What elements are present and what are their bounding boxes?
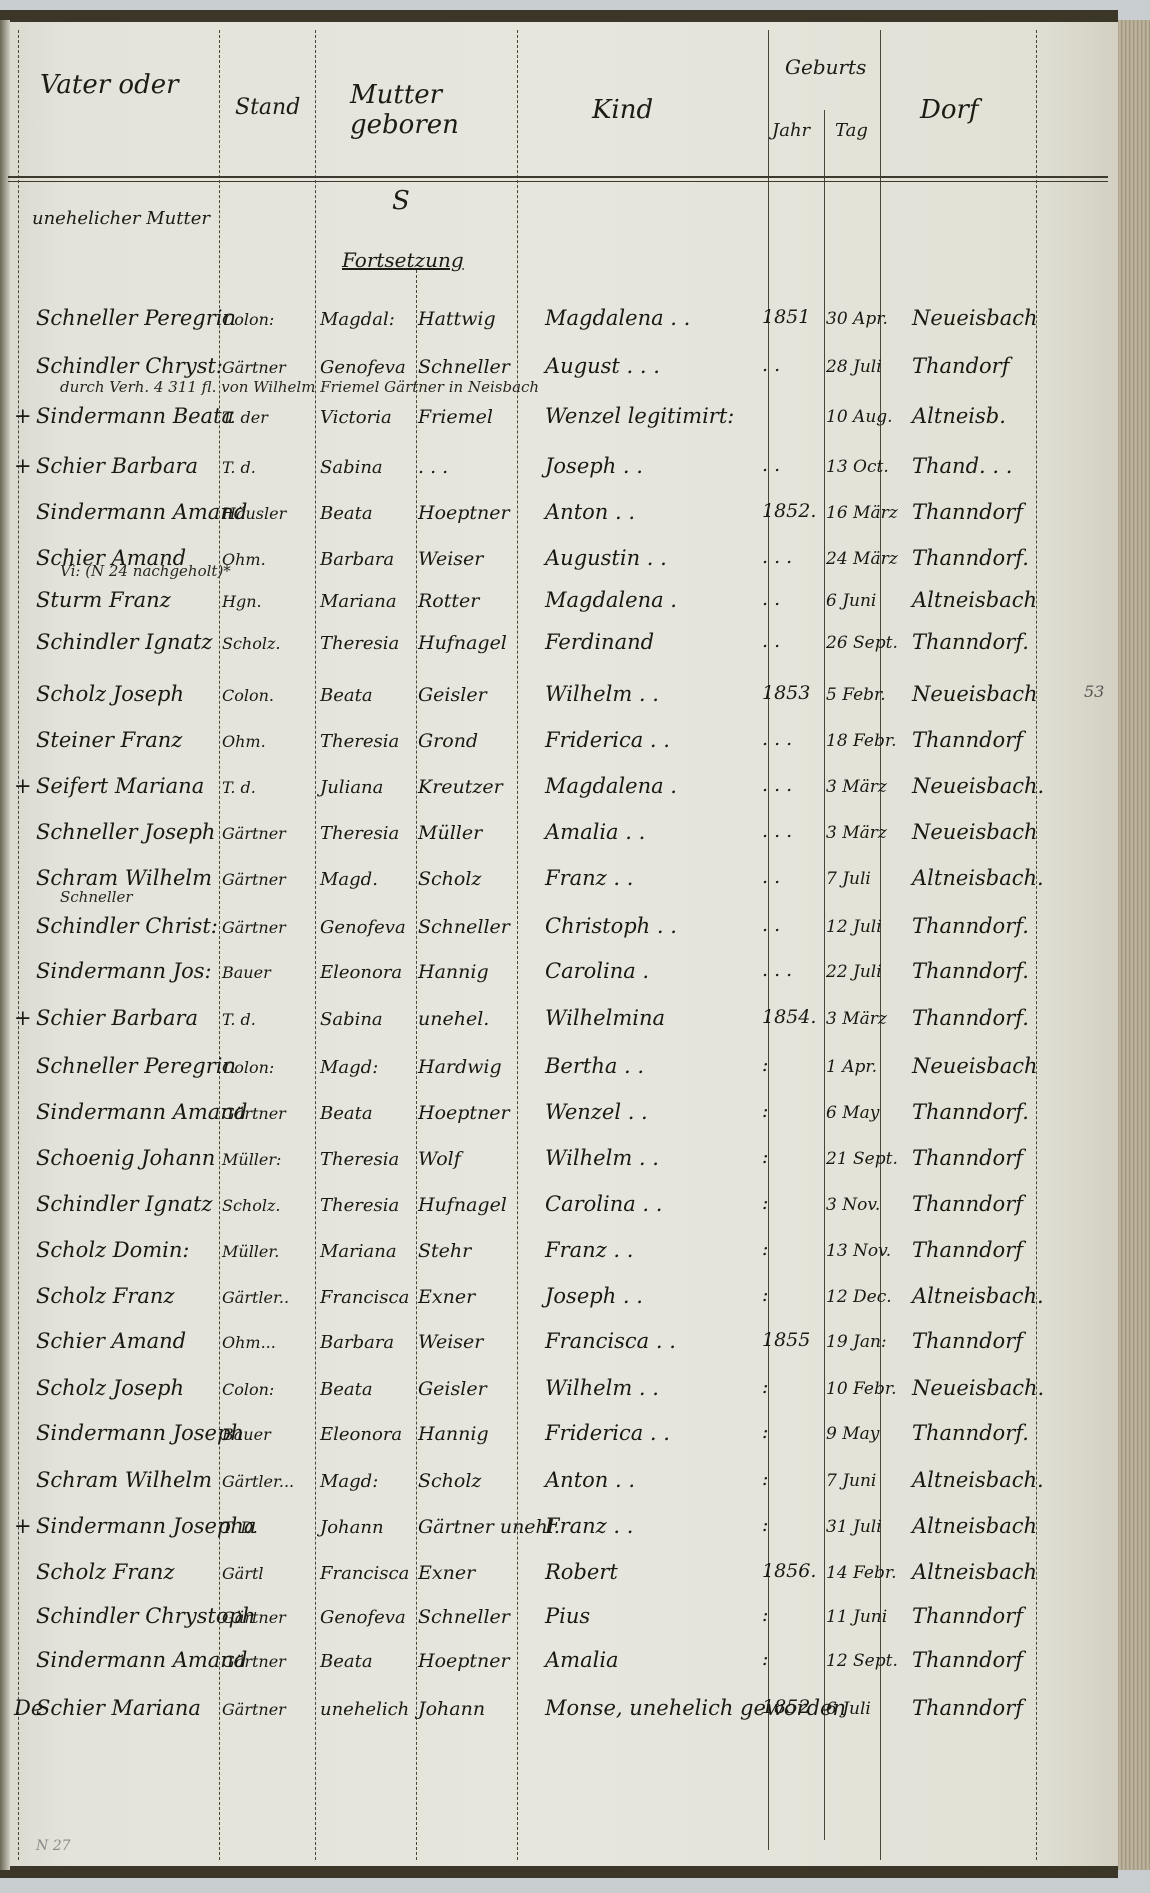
village-name: Thanndorf — [912, 1604, 1023, 1628]
father-name: Schneller Peregrin — [36, 1054, 236, 1078]
mother-maiden-name: . . . — [418, 456, 448, 478]
village-name: Thanndorf — [912, 1648, 1023, 1672]
table-row: Sindermann AmandGärtnerBeataHoeptnerWenz… — [0, 1094, 1110, 1134]
birth-year: : — [762, 1421, 768, 1443]
child-name: Joseph . . — [545, 454, 643, 478]
stand-cell: Gärtner — [222, 1652, 286, 1671]
cross-mark: + — [14, 1006, 32, 1030]
birth-year: . . . — [762, 546, 792, 568]
birth-day: 18 Febr. — [826, 731, 897, 751]
table-row: Sindermann JosephBauerEleonoraHannigFrid… — [0, 1415, 1110, 1455]
stand-cell: Scholz. — [222, 634, 281, 653]
table-row: +Sindermann BeataT. derVictoriaFriemelWe… — [0, 398, 1110, 438]
cross-mark: + — [14, 454, 32, 478]
village-name: Thanndorf. — [912, 914, 1029, 938]
child-name: Anton . . — [545, 500, 635, 524]
stand-cell: Scholz. — [222, 1196, 281, 1215]
stand-cell: Bauer — [222, 963, 271, 982]
child-name: Magdalena . — [545, 774, 677, 798]
mother-maiden-name: Exner — [418, 1286, 475, 1308]
mother-first-name: Francisca — [320, 1287, 409, 1308]
mother-first-name: Mariana — [320, 591, 397, 612]
birth-day: 1 Apr. — [826, 1057, 877, 1077]
father-name: Sindermann Joseph — [36, 1421, 244, 1445]
birth-day: 6 May — [826, 1103, 879, 1123]
child-name: Ferdinand — [545, 630, 654, 654]
table-row: Schneller JosephGärtnerTheresiaMüllerAma… — [0, 814, 1110, 854]
birth-year: : — [762, 1648, 768, 1670]
mother-first-name: Sabina — [320, 1009, 383, 1030]
table-row: DeSchier MarianaGärtnerunehelichJohannMo… — [0, 1690, 1110, 1730]
child-name: Pius — [545, 1604, 590, 1628]
mother-maiden-name: Hoeptner — [418, 1650, 510, 1672]
table-row: +Sindermann JosephaT. D.JohannGärtner un… — [0, 1508, 1110, 1548]
table-row: Steiner FranzOhm.TheresiaGrondFriderica … — [0, 722, 1110, 762]
birth-day: 24 März — [826, 549, 898, 569]
stand-cell: Häusler — [222, 504, 286, 523]
child-name: Carolina . . — [545, 1192, 662, 1216]
child-name: Christoph . . — [545, 914, 677, 938]
village-name: Neueisbach — [912, 1054, 1038, 1078]
father-name: Schram Wilhelm — [36, 1468, 212, 1492]
mother-first-name: unehelich — [320, 1699, 409, 1720]
birth-year: : — [762, 1192, 768, 1214]
birth-year: . . . — [762, 728, 792, 750]
table-row: Sindermann Jos:BauerEleonoraHannigCaroli… — [0, 953, 1110, 993]
table-row: Sturm FranzHgn.MarianaRotterMagdalena ..… — [0, 582, 1110, 622]
mother-maiden-name: Hannig — [418, 1423, 489, 1445]
birth-year: 1852 — [762, 1696, 810, 1718]
mother-maiden-name: Scholz — [418, 1470, 481, 1492]
birth-day: 5 Febr. — [826, 685, 886, 705]
table-row: Schindler IgnatzScholz.TheresiaHufnagelF… — [0, 624, 1110, 664]
interline-note: Vi: (N 24 nachgeholt)* — [60, 562, 231, 580]
stand-cell: Gärtner — [222, 870, 286, 889]
birth-year: 1851 — [762, 306, 810, 328]
header-father: Vater oder — [40, 70, 179, 100]
mother-first-name: Victoria — [320, 407, 392, 428]
mother-maiden-name: Hattwig — [418, 308, 496, 330]
table-row: +Schier BarbaraT. d.Sabinaunehel.Wilhelm… — [0, 1000, 1110, 1040]
father-name: Schindler Ignatz — [36, 1192, 213, 1216]
mother-first-name: Beata — [320, 503, 373, 524]
child-name: Magdalena . — [545, 588, 677, 612]
father-name: Sindermann Amand — [36, 1100, 247, 1124]
stand-cell: Ohm. — [222, 732, 266, 751]
birth-day: 21 Sept. — [826, 1149, 898, 1169]
stand-cell: Gärtner — [222, 918, 286, 937]
father-name: Sindermann Beata — [36, 404, 234, 428]
child-name: Robert — [545, 1560, 618, 1584]
birth-day: 10 Aug. — [826, 407, 893, 427]
mother-first-name: Theresia — [320, 823, 399, 844]
village-name: Thanndorf. — [912, 1006, 1029, 1030]
table-row: Schneller PeregrinColon:Magdal:HattwigMa… — [0, 300, 1110, 340]
birth-year: : — [762, 1514, 768, 1536]
father-name: Scholz Franz — [36, 1560, 175, 1584]
village-name: Thand. . . — [912, 454, 1012, 478]
child-name: Wilhelm . . — [545, 682, 659, 706]
village-name: Neueisbach — [912, 820, 1038, 844]
mother-first-name: Theresia — [320, 1195, 399, 1216]
birth-day: 3 März — [826, 823, 887, 843]
mother-first-name: Genofeva — [320, 917, 406, 938]
child-name: Magdalena . . — [545, 306, 690, 330]
child-name: Wilhelm . . — [545, 1376, 659, 1400]
father-name: Scholz Franz — [36, 1284, 175, 1308]
birth-year: 1856. — [762, 1560, 816, 1582]
stand-cell: T. D. — [222, 1518, 258, 1537]
interline-note: durch Verh. 4 311 fl. von Wilhelm Frieme… — [60, 378, 539, 396]
village-name: Neueisbach — [912, 306, 1038, 330]
table-row: Sindermann AmandGärtnerBeataHoeptnerAmal… — [0, 1642, 1110, 1682]
mother-maiden-name: unehel. — [418, 1008, 489, 1030]
mother-maiden-name: Scholz — [418, 868, 481, 890]
table-row: Sindermann AmandHäuslerBeataHoeptnerAnto… — [0, 494, 1110, 534]
mother-first-name: Magd: — [320, 1057, 378, 1078]
village-name: Thanndorf. — [912, 1100, 1029, 1124]
table-row: +Seifert MarianaT. d.JulianaKreutzerMagd… — [0, 768, 1110, 808]
village-name: Thanndorf — [912, 1696, 1023, 1720]
father-name: Schram Wilhelm — [36, 866, 212, 890]
birth-year: . . . — [762, 774, 792, 796]
village-name: Thanndorf — [912, 1238, 1023, 1262]
mother-first-name: Francisca — [320, 1563, 409, 1584]
village-name: Thanndorf — [912, 1192, 1023, 1216]
village-name: Thanndorf — [912, 500, 1023, 524]
birth-year: 1854. — [762, 1006, 816, 1028]
mother-maiden-name: Gärtner unehl. — [418, 1516, 560, 1538]
mother-first-name: Beata — [320, 1103, 373, 1124]
child-name: Friderica . . — [545, 1421, 670, 1445]
mother-first-name: Beata — [320, 1651, 373, 1672]
mother-first-name: Barbara — [320, 549, 394, 570]
village-name: Altneisbach — [912, 1514, 1037, 1538]
birth-day: 12 Dec. — [826, 1287, 892, 1307]
birth-year: : — [762, 1604, 768, 1626]
village-name: Altneisbach. — [912, 866, 1044, 890]
father-name: Steiner Franz — [36, 728, 182, 752]
birth-year: . . — [762, 354, 780, 376]
stand-cell: Müller: — [222, 1150, 281, 1169]
section-left-note: unehelicher Mutter — [32, 208, 210, 229]
mother-first-name: Johann — [320, 1517, 384, 1538]
birth-day: 12 Sept. — [826, 1651, 898, 1671]
father-name: Schindler Ignatz — [36, 630, 213, 654]
child-name: Friderica . . — [545, 728, 670, 752]
mother-first-name: Barbara — [320, 1332, 394, 1353]
mother-maiden-name: Schneller — [418, 1606, 510, 1628]
birth-year: : — [762, 1100, 768, 1122]
mother-first-name: Mariana — [320, 1241, 397, 1262]
table-row: Schindler IgnatzScholz.TheresiaHufnagelC… — [0, 1186, 1110, 1226]
table-row: Schoenig JohannMüller:TheresiaWolfWilhel… — [0, 1140, 1110, 1180]
father-name: Sindermann Amand — [36, 1648, 247, 1672]
father-name: Sindermann Jos: — [36, 959, 212, 983]
header-year: Jahr — [772, 120, 810, 141]
stand-cell: T. d. — [222, 778, 256, 797]
father-name: Schneller Peregrin — [36, 306, 236, 330]
table-row: +Schier BarbaraT. d.Sabina. . .Joseph . … — [0, 448, 1110, 488]
birth-year: : — [762, 1468, 768, 1490]
stand-cell: Gärtner — [222, 1104, 286, 1123]
birth-day: 7 Juli — [826, 869, 871, 889]
birth-day: 9 May — [826, 1424, 879, 1444]
father-name: Schindler Christ: — [36, 914, 218, 938]
mother-maiden-name: Friemel — [418, 406, 493, 428]
header-rule — [8, 181, 1108, 182]
interline-note: Schneller — [60, 888, 133, 906]
table-row: Schram WilhelmGärtler...Magd:ScholzAnton… — [0, 1462, 1110, 1502]
father-name: Schindler Chryst: — [36, 354, 223, 378]
village-name: Altneisbach — [912, 588, 1037, 612]
mother-first-name: Magd. — [320, 869, 378, 890]
birth-day: 12 Juli — [826, 917, 882, 937]
mother-maiden-name: Stehr — [418, 1240, 471, 1262]
village-name: Altneisbach. — [912, 1284, 1044, 1308]
mother-maiden-name: Hufnagel — [418, 632, 507, 654]
section-title: Fortsetzung — [342, 248, 464, 272]
child-name: Carolina . — [545, 959, 649, 983]
father-name: Sindermann Amand — [36, 500, 247, 524]
mother-maiden-name: Hufnagel — [418, 1194, 507, 1216]
stand-cell: T. d. — [222, 1010, 256, 1029]
birth-year: . . — [762, 914, 780, 936]
stand-cell: T. der — [222, 408, 268, 427]
birth-day: 7 Juni — [826, 1471, 876, 1491]
village-name: Altneisbach. — [912, 1468, 1044, 1492]
village-name: Thanndorf — [912, 1146, 1023, 1170]
birth-year: . . — [762, 630, 780, 652]
mother-first-name: Eleonora — [320, 962, 402, 983]
mother-first-name: Genofeva — [320, 1607, 406, 1628]
stand-cell: Bauer — [222, 1425, 271, 1444]
child-name: Wenzel legitimirt: — [545, 404, 734, 428]
mother-first-name: Genofeva — [320, 357, 406, 378]
mother-first-name: Sabina — [320, 457, 383, 478]
birth-year: : — [762, 1146, 768, 1168]
header-day: Tag — [835, 120, 868, 141]
pencil-footer-note: N 27 — [36, 1838, 71, 1854]
father-name: Schier Barbara — [36, 1006, 198, 1030]
stand-cell: Ohm... — [222, 1333, 276, 1352]
village-name: Thanndorf. — [912, 1421, 1029, 1445]
mother-first-name: Theresia — [320, 1149, 399, 1170]
mother-maiden-name: Johann — [418, 1698, 485, 1720]
child-name: Bertha . . — [545, 1054, 644, 1078]
father-name: Schier Amand — [36, 1329, 186, 1353]
birth-year: . . . — [762, 959, 792, 981]
father-name: Scholz Domin: — [36, 1238, 189, 1262]
mother-first-name: Magd: — [320, 1471, 378, 1492]
table-row: Scholz JosephColon.BeataGeislerWilhelm .… — [0, 676, 1110, 716]
mother-maiden-name: Weiser — [418, 548, 483, 570]
header-child: Kind — [592, 95, 653, 125]
birth-year: : — [762, 1238, 768, 1260]
mother-maiden-name: Geisler — [418, 684, 487, 706]
stand-cell: Hgn. — [222, 592, 262, 611]
birth-year: : — [762, 1376, 768, 1398]
table-row: Scholz JosephColon:BeataGeislerWilhelm .… — [0, 1370, 1110, 1410]
mother-first-name: Magdal: — [320, 309, 395, 330]
child-name: Amalia . . — [545, 820, 645, 844]
stand-cell: Colon. — [222, 686, 274, 705]
table-row: Scholz FranzGärtler..FranciscaExnerJosep… — [0, 1278, 1110, 1318]
cross-mark: + — [14, 404, 32, 428]
stand-cell: Gärtler... — [222, 1472, 294, 1491]
birth-day: 11 Juni — [826, 1607, 887, 1627]
stand-cell: Colon: — [222, 1380, 274, 1399]
section-letter: S — [392, 186, 410, 216]
father-name: Scholz Joseph — [36, 682, 184, 706]
table-row: Schram WilhelmGärtnerMagd.ScholzFranz . … — [0, 860, 1110, 900]
father-name: Schoenig Johann — [36, 1146, 215, 1170]
birth-day: 3 Nov. — [826, 1195, 880, 1215]
stand-cell: Colon: — [222, 1058, 274, 1077]
village-name: Altneisbach — [912, 1560, 1037, 1584]
birth-day: 14 Febr. — [826, 1563, 897, 1583]
header-village: Dorf — [920, 95, 979, 125]
child-name: Wilhelmina — [545, 1006, 665, 1030]
mother-first-name: Eleonora — [320, 1424, 402, 1445]
table-row: Schneller PeregrinColon:Magd:HardwigBert… — [0, 1048, 1110, 1088]
mother-first-name: Beata — [320, 685, 373, 706]
table-row: Schier AmandOhm...BarbaraWeiserFrancisca… — [0, 1323, 1110, 1363]
cross-mark: + — [14, 1514, 32, 1538]
village-name: Thandorf — [912, 354, 1009, 378]
cross-mark: + — [14, 774, 32, 798]
stand-cell: Gärtner — [222, 824, 286, 843]
header-mother: Mutter geboren — [350, 80, 470, 140]
birth-day: 3 März — [826, 777, 887, 797]
birth-year: 1853 — [762, 682, 810, 704]
child-name: Joseph . . — [545, 1284, 643, 1308]
father-name: Seifert Mariana — [36, 774, 204, 798]
birth-year: . . — [762, 866, 780, 888]
margin-note: 53 — [1084, 682, 1104, 701]
mother-maiden-name: Schneller — [418, 356, 510, 378]
child-name: Augustin . . — [545, 546, 667, 570]
birth-year: . . — [762, 588, 780, 610]
father-name: Scholz Joseph — [36, 1376, 184, 1400]
birth-day: 26 Sept. — [826, 633, 898, 653]
birth-year: . . . — [762, 820, 792, 842]
birth-day: 30 Apr. — [826, 309, 888, 329]
birth-day: 6 Juli — [826, 1699, 871, 1719]
village-name: Thanndorf — [912, 728, 1023, 752]
mother-first-name: Theresia — [320, 633, 399, 654]
child-name: Franz . . — [545, 1238, 633, 1262]
birth-year: . . — [762, 454, 780, 476]
village-name: Neueisbach. — [912, 1376, 1044, 1400]
mother-maiden-name: Schneller — [418, 916, 510, 938]
mother-maiden-name: Wolf — [418, 1148, 461, 1170]
stand-cell: Gärtner — [222, 1700, 286, 1719]
table-row: Schindler Christ:GärtnerGenofevaSchnelle… — [0, 908, 1110, 948]
table-row: Scholz Domin:Müller.MarianaStehrFranz . … — [0, 1232, 1110, 1272]
child-name: Franz . . — [545, 866, 633, 890]
stand-cell: Müller. — [222, 1242, 279, 1261]
header-stand: Stand — [235, 95, 300, 120]
birth-year: 1855 — [762, 1329, 810, 1351]
birth-year: : — [762, 1054, 768, 1076]
birth-day: 3 März — [826, 1009, 887, 1029]
child-name: Francisca . . — [545, 1329, 676, 1353]
mother-maiden-name: Müller — [418, 822, 482, 844]
stand-cell: Gärtner — [222, 1608, 286, 1627]
mother-first-name: Juliana — [320, 777, 383, 798]
village-name: Thanndorf. — [912, 959, 1029, 983]
birth-day: 19 Jan: — [826, 1332, 887, 1352]
father-name: Schier Barbara — [36, 454, 198, 478]
village-name: Neueisbach — [912, 682, 1038, 706]
mother-maiden-name: Hardwig — [418, 1056, 502, 1078]
child-name: Wilhelm . . — [545, 1146, 659, 1170]
mother-maiden-name: Rotter — [418, 590, 479, 612]
mother-maiden-name: Hoeptner — [418, 502, 510, 524]
birth-day: 6 Juni — [826, 591, 876, 611]
father-name: Sturm Franz — [36, 588, 171, 612]
village-name: Thanndorf. — [912, 546, 1029, 570]
birth-day: 22 Juli — [826, 962, 882, 982]
header-rule — [8, 176, 1108, 178]
page-edge — [1118, 20, 1150, 1870]
table-row: Scholz FranzGärtlFranciscaExnerRobert185… — [0, 1554, 1110, 1594]
child-name: August . . . — [545, 354, 660, 378]
father-name: Schier Mariana — [36, 1696, 201, 1720]
birth-year: 1852. — [762, 500, 816, 522]
birth-year: : — [762, 1284, 768, 1306]
stand-cell: Colon: — [222, 310, 274, 329]
child-name: Wenzel . . — [545, 1100, 648, 1124]
mother-maiden-name: Hoeptner — [418, 1102, 510, 1124]
mother-maiden-name: Grond — [418, 730, 478, 752]
header-birth: Geburts — [785, 55, 866, 79]
mother-maiden-name: Kreutzer — [418, 776, 503, 798]
table-row: Schindler ChrystophGärtnerGenofevaSchnel… — [0, 1598, 1110, 1638]
birth-day: 31 Juli — [826, 1517, 882, 1537]
father-name: Schneller Joseph — [36, 820, 215, 844]
village-name: Thanndorf. — [912, 630, 1029, 654]
village-name: Altneisb. — [912, 404, 1006, 428]
village-name: Thanndorf — [912, 1329, 1023, 1353]
stand-cell: Gärtl — [222, 1564, 264, 1583]
child-name: Anton . . — [545, 1468, 635, 1492]
mother-maiden-name: Exner — [418, 1562, 475, 1584]
village-name: Neueisbach. — [912, 774, 1044, 798]
mother-first-name: Beata — [320, 1379, 373, 1400]
mother-first-name: Theresia — [320, 731, 399, 752]
child-name: Franz . . — [545, 1514, 633, 1538]
stand-cell: Gärtner — [222, 358, 286, 377]
mother-maiden-name: Geisler — [418, 1378, 487, 1400]
mother-maiden-name: Hannig — [418, 961, 489, 983]
birth-day: 13 Nov. — [826, 1241, 891, 1261]
child-name: Amalia — [545, 1648, 619, 1672]
birth-day: 16 März — [826, 503, 898, 523]
birth-day: 10 Febr. — [826, 1379, 897, 1399]
stand-cell: T. d. — [222, 458, 256, 477]
birth-day: 28 Juli — [826, 357, 882, 377]
stand-cell: Gärtler.. — [222, 1288, 289, 1307]
birth-day: 13 Oct. — [826, 457, 889, 477]
mother-maiden-name: Weiser — [418, 1331, 483, 1353]
